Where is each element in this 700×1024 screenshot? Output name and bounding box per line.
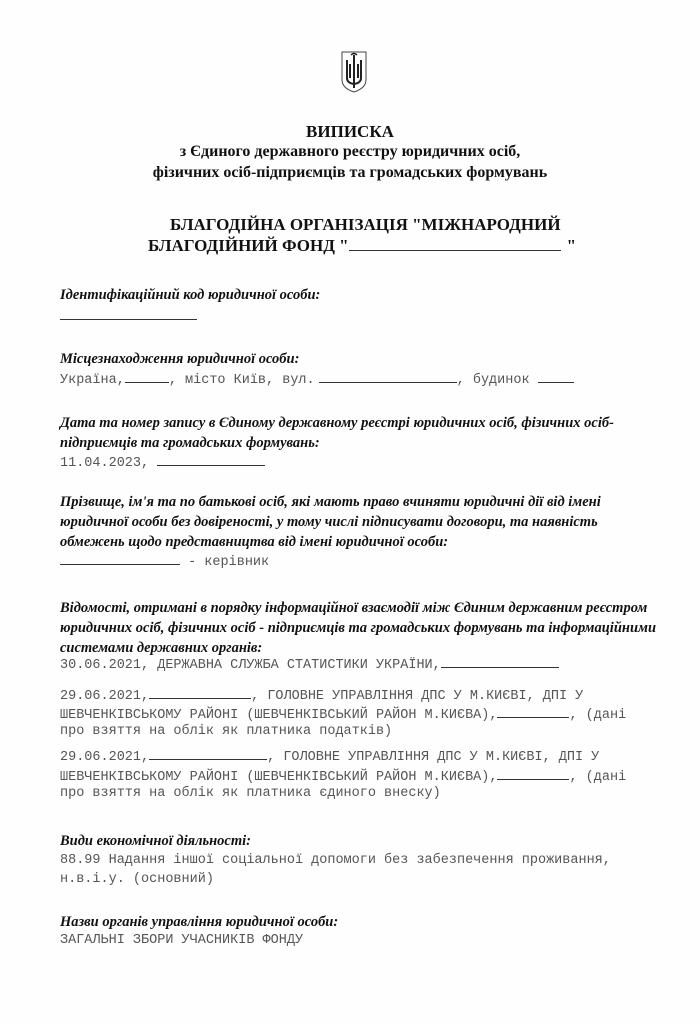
governance-value: ЗАГАЛЬНІ ЗБОРИ УЧАСНИКІВ ФОНДУ <box>60 931 303 950</box>
entry-3-number-blank <box>497 765 569 780</box>
registration-value: 11.04.2023, <box>60 451 265 473</box>
entry-2-number-blank <box>497 703 569 718</box>
location-building-blank <box>538 368 574 383</box>
activities-line2: н.в.і.у. (основний) <box>60 870 214 889</box>
entry-3-note-start: , (дані <box>569 770 626 785</box>
registration-label: Дата та номер запису в Єдиному державном… <box>60 413 660 453</box>
interaction-entry-3-line3: про взяття на облік як платника єдиного … <box>60 784 441 803</box>
entry-2-blank <box>149 684 251 699</box>
representatives-value: - керівник <box>60 550 269 572</box>
document-page: ВИПИСКА з Єдиного державного реєстру юри… <box>0 0 700 1024</box>
id-code-blank <box>60 319 197 320</box>
location-region-blank <box>125 368 169 383</box>
interaction-label: Відомості, отримані в порядку інформацій… <box>60 598 660 658</box>
entry-2-district: ШЕВЧЕНКІВСЬКОМУ РАЙОНІ (ШЕВЧЕНКІВСЬКИЙ Р… <box>60 708 497 723</box>
organization-name-line1: БЛАГОДІЙНА ОРГАНІЗАЦІЯ "МІЖНАРОДНИЙ <box>170 215 561 235</box>
representative-role: - керівник <box>188 555 269 570</box>
location-building: , будинок <box>457 373 530 388</box>
location-label: Місцезнаходження юридичної особи: <box>60 349 660 369</box>
interaction-entry-2-line3: про взяття на облік як платника податків… <box>60 722 392 741</box>
activities-line1: 88.99 Надання іншої соціальної допомоги … <box>60 851 611 870</box>
org-name-suffix: " <box>567 236 576 255</box>
entry-2-note-start: , (дані <box>569 708 626 723</box>
location-value: Україна,, місто Київ, вул., будинок <box>60 368 574 390</box>
organization-name-line2: БЛАГОДІЙНИЙ ФОНД "" <box>148 236 576 256</box>
registration-number-blank <box>157 451 265 466</box>
location-city: , місто Київ, вул. <box>169 373 315 388</box>
representative-name-blank <box>60 550 180 565</box>
interaction-entry-3-line1: 29.06.2021,, ГОЛОВНЕ УПРАВЛІННЯ ДПС У М.… <box>60 745 599 767</box>
entry-3-authority: , ГОЛОВНЕ УПРАВЛІННЯ ДПС У М.КИЄВІ, ДПІ … <box>267 750 599 765</box>
representatives-label: Прізвище, ім'я та по батькові осіб, які … <box>60 492 660 552</box>
document-title: ВИПИСКА <box>0 122 700 142</box>
id-code-label: Ідентифікаційний код юридичної особи: <box>60 285 660 305</box>
interaction-entry-1: 30.06.2021, ДЕРЖАВНА СЛУЖБА СТАТИСТИКИ У… <box>60 653 559 675</box>
activities-label: Види економічної діяльності: <box>60 831 660 851</box>
org-name-prefix: БЛАГОДІЙНИЙ ФОНД " <box>148 236 349 255</box>
registration-date: 11.04.2023, <box>60 456 149 471</box>
location-street-blank <box>319 368 457 383</box>
entry-3-blank <box>149 745 267 760</box>
location-country: Україна, <box>60 373 125 388</box>
entry-3-date: 29.06.2021, <box>60 750 149 765</box>
trident-coat-of-arms-icon <box>340 50 368 94</box>
entry-3-district: ШЕВЧЕНКІВСЬКОМУ РАЙОНІ (ШЕВЧЕНКІВСЬКИЙ Р… <box>60 770 497 785</box>
org-name-blank <box>349 236 561 251</box>
entry-1-text: 30.06.2021, ДЕРЖАВНА СЛУЖБА СТАТИСТИКИ У… <box>60 658 441 673</box>
governance-label: Назви органів управління юридичної особи… <box>60 912 660 932</box>
document-subtitle-line2: фізичних осіб-підприємців та громадських… <box>0 164 700 182</box>
entry-1-blank <box>441 653 559 668</box>
entry-2-authority: , ГОЛОВНЕ УПРАВЛІННЯ ДПС У М.КИЄВІ, ДПІ … <box>251 689 583 704</box>
entry-2-date: 29.06.2021, <box>60 689 149 704</box>
document-subtitle-line1: з Єдиного державного реєстру юридичних о… <box>0 143 700 161</box>
